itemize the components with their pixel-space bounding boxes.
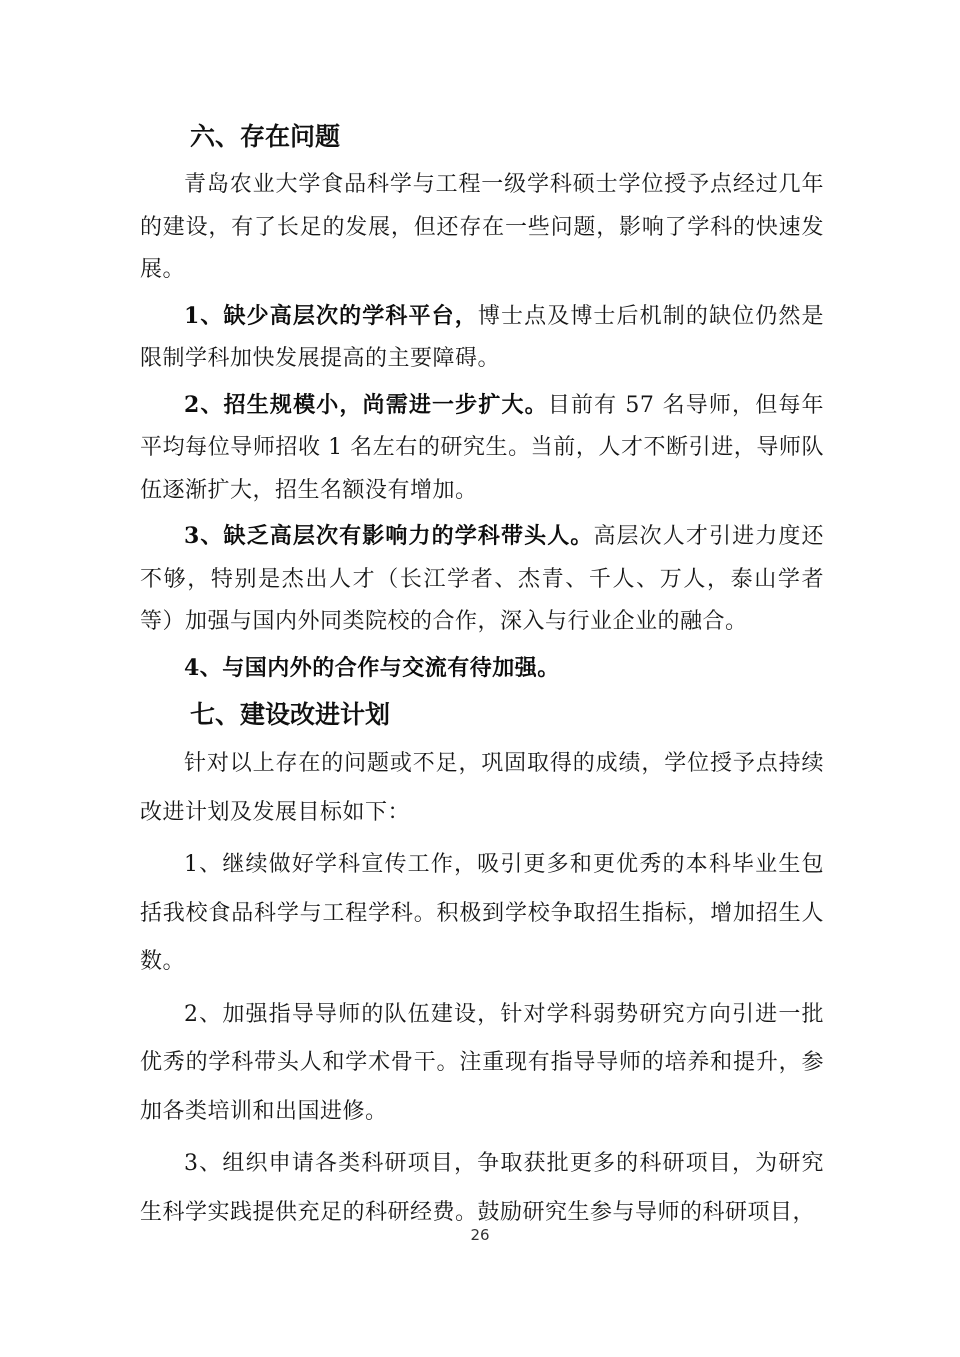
section-heading-improvement-plan: 七、建设改进计划 [140,698,824,732]
paragraph-problem-1: 1、缺少高层次的学科平台，博士点及博士后机制的缺位仍然是限制学科加快发展提高的主… [140,295,824,381]
paragraph-intro: 青岛农业大学食品科学与工程一级学科硕士学位授予点经过几年的建设，有了长足的发展，… [140,164,824,292]
paragraph-text: 青岛农业大学食品科学与工程一级学科硕士学位授予点经过几年的建设，有了长足的发展，… [140,172,824,282]
paragraph-plan-intro: 针对以上存在的问题或不足，巩固取得的成绩，学位授予点持续改进计划及发展目标如下： [140,740,824,837]
paragraph-text: 1、继续做好学科宣传工作，吸引更多和更优秀的本科毕业生包括我校食品科学与工程学科… [140,852,824,974]
paragraph-bold-lead: 3、缺乏高层次有影响力的学科带头人。 [184,523,593,549]
paragraph-bold-lead: 2、招生规模小，尚需进一步扩大。 [184,392,548,418]
page-number: 26 [0,1226,960,1244]
document-content: 六、存在问题 青岛农业大学食品科学与工程一级学科硕士学位授予点经过几年的建设，有… [140,120,824,1241]
paragraph-plan-1: 1、继续做好学科宣传工作，吸引更多和更优秀的本科毕业生包括我校食品科学与工程学科… [140,841,824,987]
paragraph-bold-lead: 4、与国内外的合作与交流有待加强。 [184,655,560,681]
section-improvement-plan: 七、建设改进计划 针对以上存在的问题或不足，巩固取得的成绩，学位授予点持续改进计… [140,698,824,1237]
section-heading-existing-problems: 六、存在问题 [140,120,824,154]
paragraph-bold-lead: 1、缺少高层次的学科平台， [184,303,478,329]
paragraph-problem-4: 4、与国内外的合作与交流有待加强。 [140,647,824,691]
paragraph-text: 针对以上存在的问题或不足，巩固取得的成绩，学位授予点持续改进计划及发展目标如下： [140,751,824,825]
section-existing-problems: 六、存在问题 青岛农业大学食品科学与工程一级学科硕士学位授予点经过几年的建设，有… [140,120,824,690]
document-page: 六、存在问题 青岛农业大学食品科学与工程一级学科硕士学位授予点经过几年的建设，有… [0,0,960,1357]
paragraph-plan-3: 3、组织申请各类科研项目，争取获批更多的科研项目，为研究生科学实践提供充足的科研… [140,1140,824,1237]
paragraph-plan-2: 2、加强指导导师的队伍建设，针对学科弱势研究方向引进一批优秀的学科带头人和学术骨… [140,991,824,1137]
paragraph-problem-3: 3、缺乏高层次有影响力的学科带头人。高层次人才引进力度还不够，特别是杰出人才（长… [140,515,824,644]
paragraph-text: 2、加强指导导师的队伍建设，针对学科弱势研究方向引进一批优秀的学科带头人和学术骨… [140,1002,824,1124]
paragraph-text: 3、组织申请各类科研项目，争取获批更多的科研项目，为研究生科学实践提供充足的科研… [140,1151,824,1225]
paragraph-problem-2: 2、招生规模小，尚需进一步扩大。目前有 57 名导师，但每年平均每位导师招收 1… [140,384,824,513]
